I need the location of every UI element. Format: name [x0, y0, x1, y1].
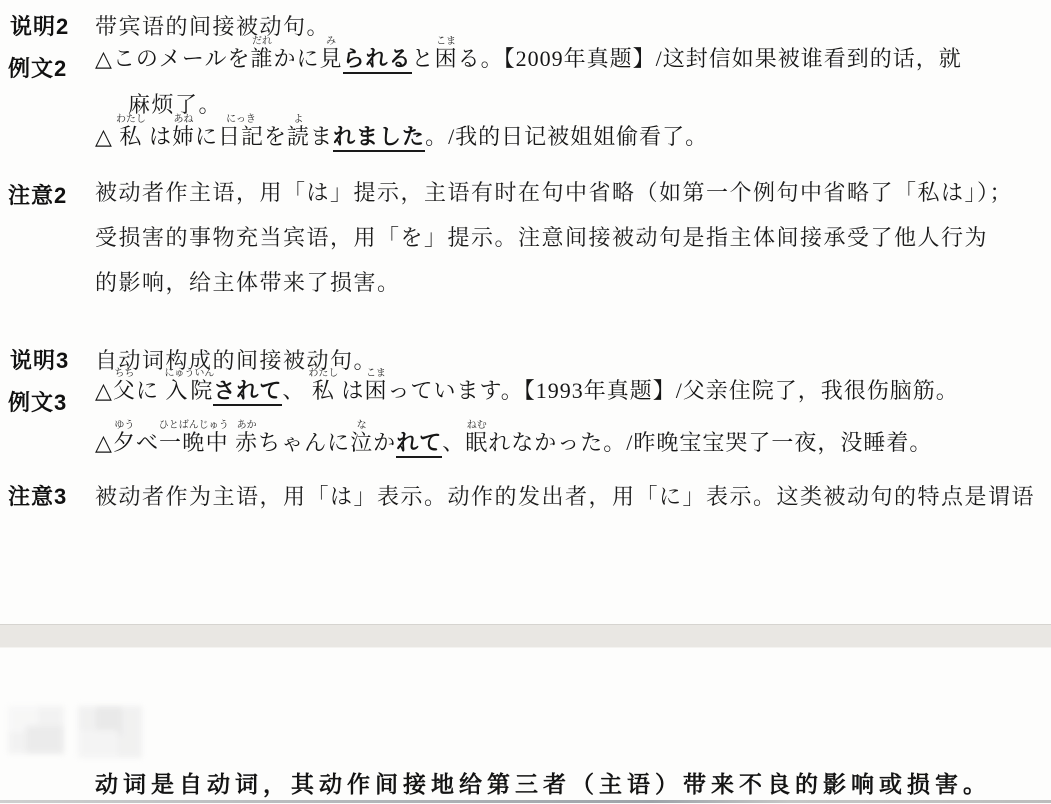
grammar-emphasis-segment: られる	[343, 46, 412, 74]
text-segment: れなかった。/昨晚宝宝哭了一夜，没睡着。	[488, 430, 932, 455]
grammar-emphasis-segment: れました	[333, 124, 425, 152]
section-label-shuoming3: 说明3	[10, 344, 69, 375]
text-segment: る。【2009年真题】/这封信如果被谁看到的话，就	[458, 46, 962, 71]
furigana-segment: 私わたし	[312, 378, 335, 403]
section-label-zhuyi3: 注意3	[8, 480, 67, 511]
blurred-thumbnail	[8, 706, 64, 754]
furigana-segment: 一晩中ひとばんじゅう	[159, 430, 229, 455]
text-segment: べ	[136, 430, 159, 455]
text-segment: っています。【1993年真题】/父亲住院了，我很伤脑筋。	[387, 378, 958, 403]
text-segment: △	[95, 378, 113, 403]
text-segment: △このメールを	[95, 46, 250, 71]
furigana-segment: 入院にゅういん	[165, 378, 213, 403]
furigana-segment: 誰だれ	[250, 46, 273, 71]
blur-fragment	[78, 730, 118, 758]
zhuyi2-note-line3: 的影响，给主体带来了损害。	[95, 260, 1013, 305]
text-segment: に	[136, 378, 166, 403]
zhuyi2-note: 被动者作主语，用「は」提示，主语有时在句中省略（如第一个例句中省略了「私は」）；…	[95, 170, 1013, 305]
furigana-segment: 赤あか	[235, 430, 258, 455]
text-segment: と	[412, 46, 435, 71]
text-segment: 。/我的日记被姐姐偷看了。	[425, 124, 708, 149]
furigana-segment: 眠ねむ	[465, 430, 488, 455]
furigana-segment: 私わたし	[119, 124, 142, 149]
text-segment: ちゃんに	[258, 430, 350, 455]
text-segment: は	[142, 124, 172, 149]
text-segment: かに	[274, 46, 320, 71]
furigana-segment: 夕ゆう	[113, 430, 136, 455]
text-segment: を	[264, 124, 287, 149]
text-segment: 、	[442, 430, 465, 455]
grammar-emphasis-segment: れて	[396, 430, 442, 458]
text-segment: か	[373, 430, 396, 455]
grammar-emphasis-segment: されて	[213, 378, 282, 406]
furigana-segment: 見み	[320, 46, 343, 71]
furigana-segment: 父ちち	[113, 378, 136, 403]
reibun2-example-line2: △ 私わたし は姉あねに日記にっきを読よまれました。/我的日记被姐姐偷看了。	[95, 114, 708, 154]
reibun3-example-line2: △夕ゆうべ一晩中ひとばんじゅう 赤あかちゃんに泣なかれて、眠ねむれなかった。/昨…	[95, 420, 932, 460]
furigana-segment: 困こま	[364, 378, 387, 403]
section-label-reibun3: 例文3	[8, 386, 67, 417]
reibun3-example-line1: △父ちちに 入院にゅういんされて、 私わたし は困こまっています。【1993年真…	[95, 368, 959, 408]
section-label-reibun2: 例文2	[8, 52, 67, 83]
furigana-segment: 姉あね	[172, 124, 195, 149]
page-divider-band	[0, 624, 1051, 648]
reibun2-example-line1: △このメールを誰だれかに見みられると困こまる。【2009年真题】/这封信如果被谁…	[95, 36, 962, 76]
furigana-segment: 困こま	[435, 46, 458, 71]
zhuyi2-note-line2: 受损害的事物充当宾语，用「を」提示。注意间接被动句是指主体间接承受了他人行为	[95, 215, 1013, 260]
textbook-page: 说明2 带宾语的间接被动句。 例文2 △このメールを誰だれかに見みられると困こま…	[0, 0, 1051, 804]
section-label-shuoming2: 说明2	[10, 10, 69, 41]
blurred-thumbnail	[78, 706, 142, 758]
text-segment: ま	[310, 124, 333, 149]
text-segment: は	[335, 378, 365, 403]
zhuyi2-note-line1: 被动者作主语，用「は」提示，主语有时在句中省略（如第一个例句中省略了「私は」）；	[95, 170, 1013, 215]
text-segment: △	[95, 430, 113, 455]
furigana-segment: 泣な	[350, 430, 373, 455]
furigana-segment: 読よ	[287, 124, 310, 149]
bottom-summary-text: 动词是自动词，其动作间接地给第三者（主语）带来不良的影响或损害。	[95, 766, 991, 799]
blur-fragment	[26, 726, 64, 754]
text-segment: に	[195, 124, 218, 149]
section-label-zhuyi2: 注意2	[8, 179, 67, 210]
bottom-edge-line	[0, 800, 1051, 803]
furigana-segment: 日記にっき	[218, 124, 264, 149]
zhuyi3-text: 被动者作为主语，用「は」表示。动作的发出者，用「に」表示。这类被动句的特点是谓语	[95, 480, 1035, 511]
